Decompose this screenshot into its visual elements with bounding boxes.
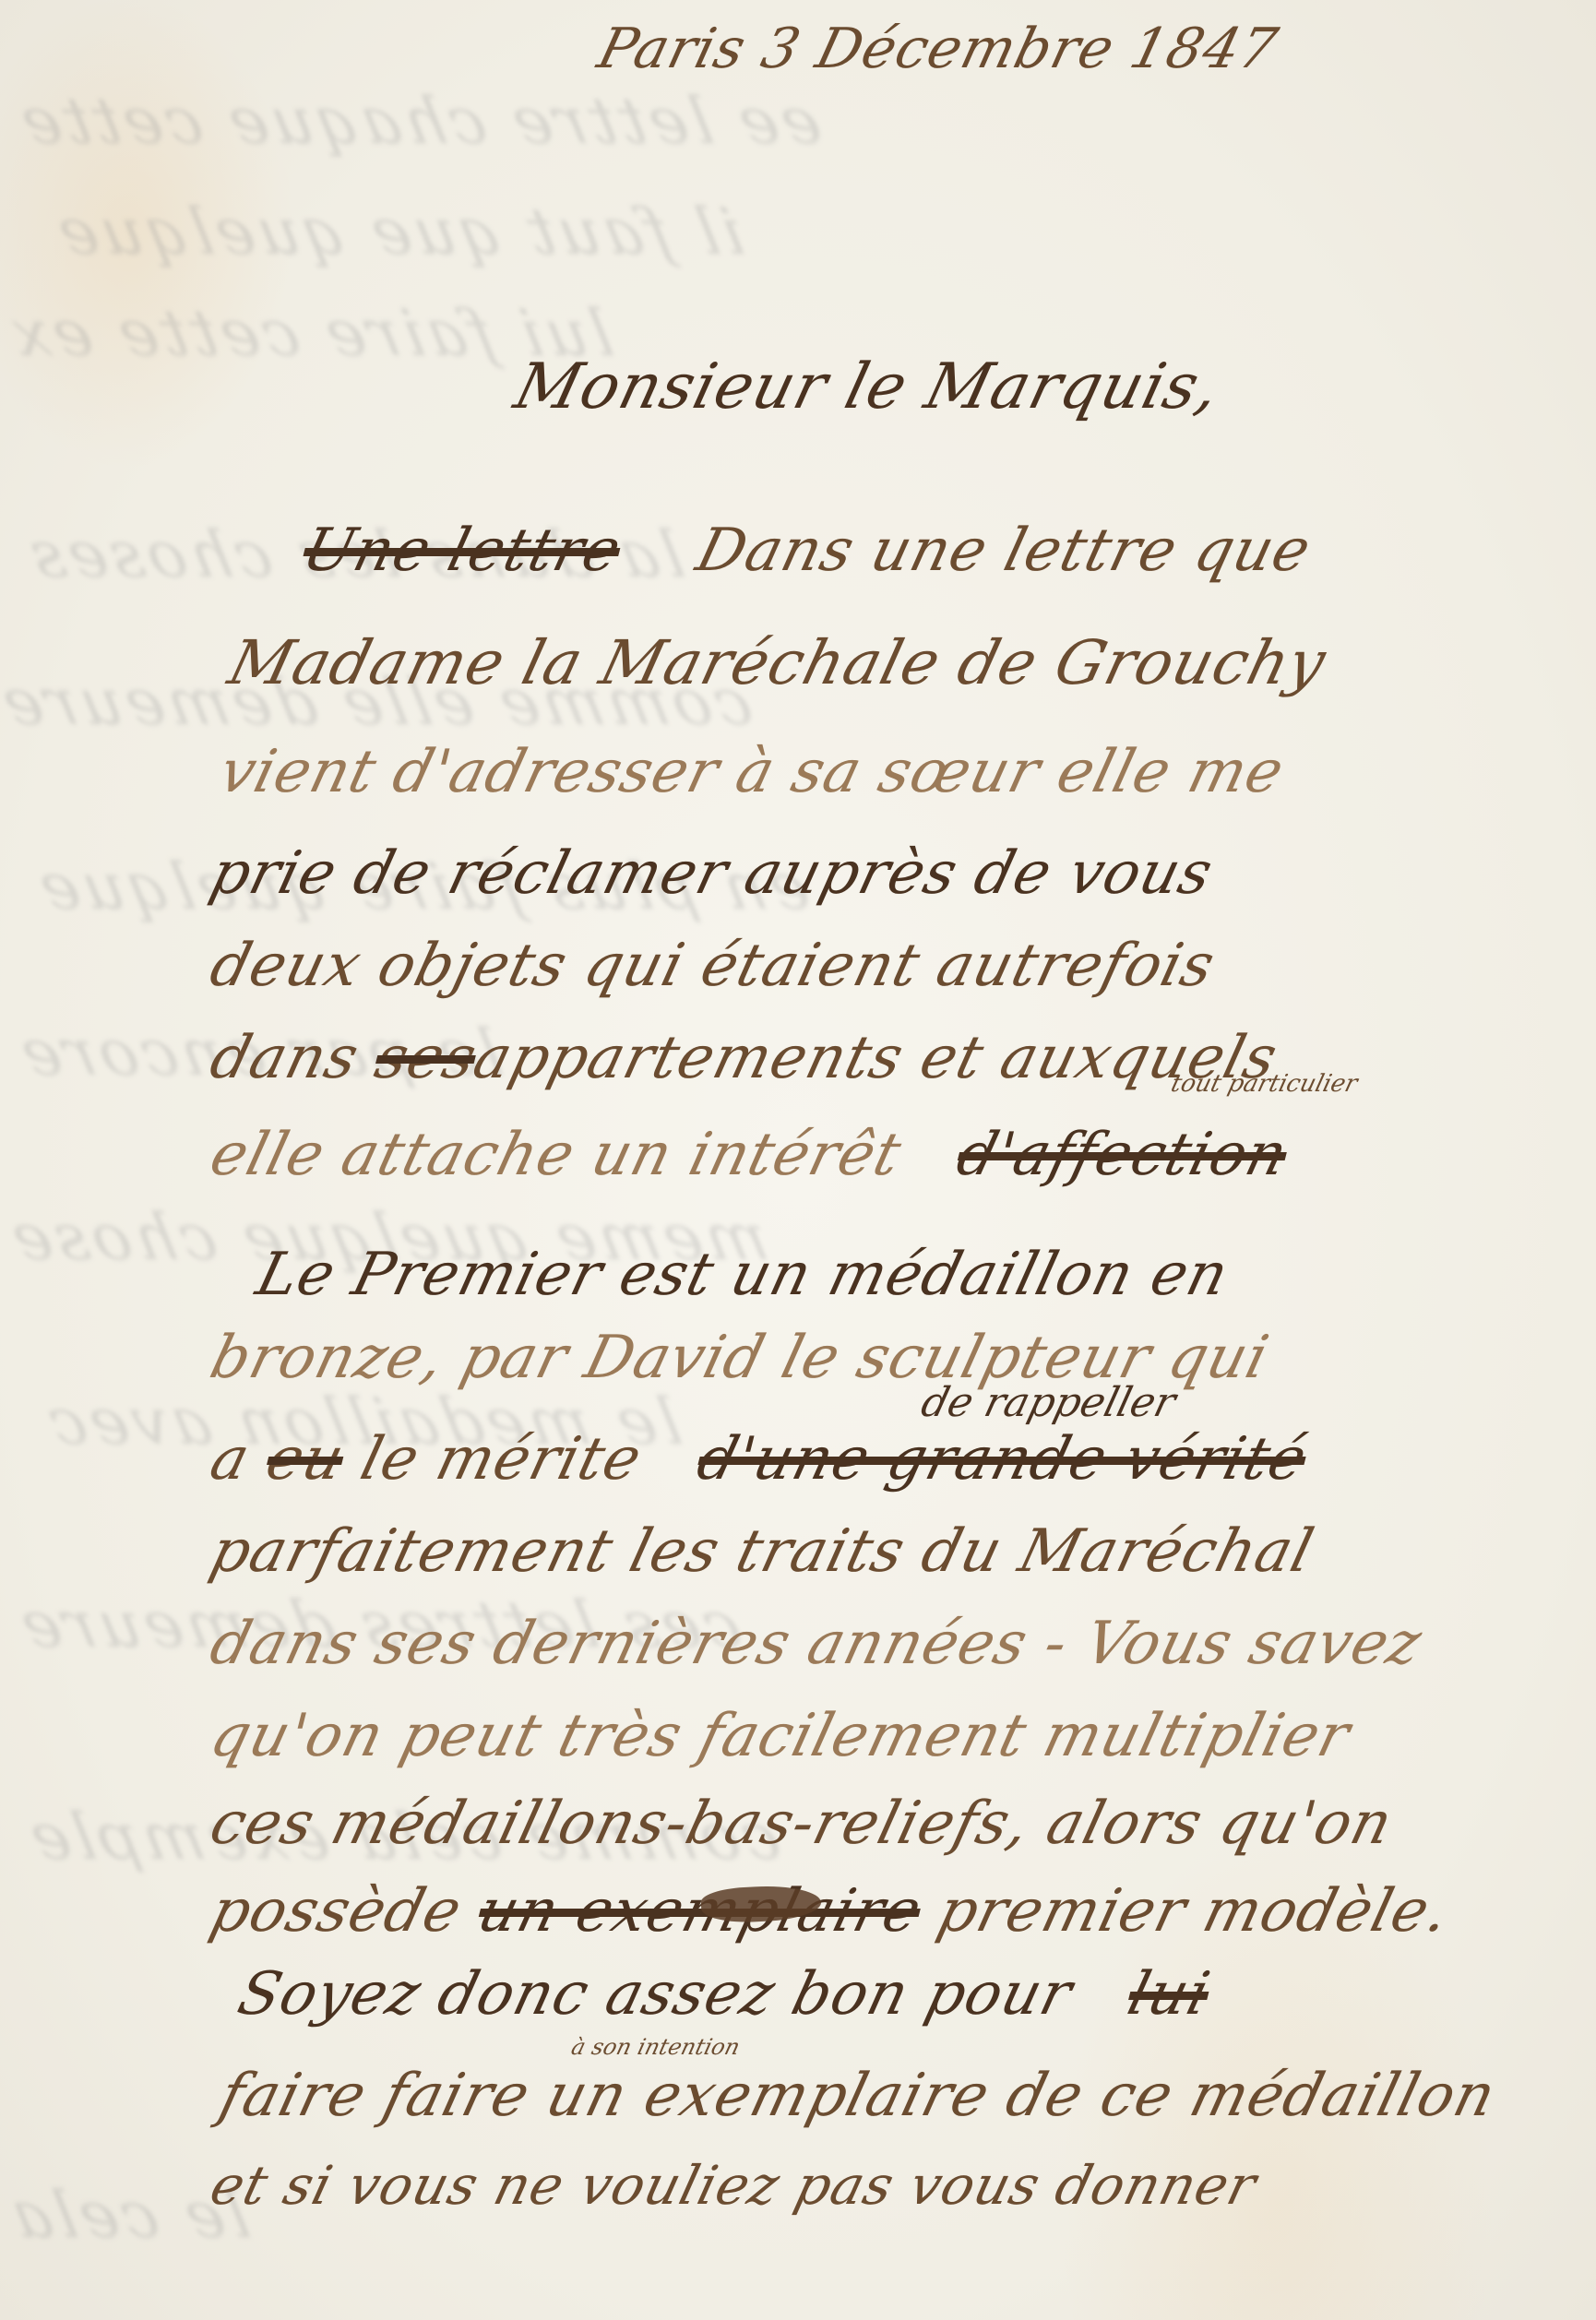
- line-text: dans: [204, 1024, 366, 1092]
- line-text: deux objets qui étaient autrefois: [204, 932, 1222, 1000]
- line-text: Le Premier est un médaillon en: [250, 1241, 1236, 1309]
- line-text: qu'on peut très facilement multiplier: [204, 1702, 1357, 1770]
- body-line-17: faire faire un exemplaire de ce médaillo…: [213, 2062, 1503, 2130]
- salutation: Monsieur le Marquis,: [507, 351, 1228, 423]
- body-line-18: et si vous ne vouliez pas vous donner: [205, 2154, 1264, 2217]
- line-text: elle attache un intérêt: [204, 1121, 909, 1189]
- line-text: prie de réclamer auprès de vous: [204, 839, 1220, 908]
- interlinear-insert: à son intention: [569, 2034, 743, 2060]
- body-line-7: elle attache un intérêt d'affection: [204, 1121, 1295, 1189]
- line-text: dans ses dernières années - Vous savez: [204, 1610, 1429, 1678]
- line-text: Dans une lettre que: [690, 517, 1318, 585]
- interlinear-insert: de rappeller: [917, 1379, 1181, 1426]
- line-text: Soyez donc assez bon pour: [232, 1960, 1079, 2029]
- line-text: appartements et auxquels: [467, 1024, 1284, 1092]
- bleed-through-text: ee lettre chaque cette: [10, 83, 828, 159]
- interlinear-insert: tout particulier: [1168, 1070, 1360, 1098]
- body-line-2: Madame la Maréchale de Grouchy: [221, 627, 1333, 698]
- body-line-1: Une lettre Dans une lettre que: [296, 517, 1318, 585]
- struck-text: Une lettre: [296, 517, 628, 585]
- body-line-6: dans sesappartements et auxquels: [204, 1024, 1284, 1092]
- salutation-text: Monsieur le Marquis,: [507, 351, 1228, 423]
- dateline: Paris 3 Décembre 1847: [591, 17, 1284, 81]
- struck-text: d'une grande vérité: [691, 1425, 1314, 1493]
- line-text: possède: [204, 1877, 469, 1945]
- body-line-5: deux objets qui étaient autrefois: [204, 932, 1222, 1000]
- body-line-16: Soyez donc assez bon pour lui: [232, 1960, 1217, 2029]
- line-text: et si vous ne vouliez pas vous donner: [205, 2154, 1264, 2217]
- struck-text: d'affection: [950, 1121, 1294, 1189]
- body-line-3: vient d'adresser à sa sœur elle me: [213, 738, 1292, 806]
- line-text: ces médaillons-bas-reliefs, alors qu'on: [204, 1790, 1399, 1858]
- body-line-4: prie de réclamer auprès de vous: [204, 839, 1220, 908]
- line-text: premier modèle.: [931, 1877, 1457, 1945]
- dateline-text: Paris 3 Décembre 1847: [591, 17, 1284, 81]
- body-line-12: dans ses dernières années - Vous savez: [204, 1610, 1429, 1678]
- body-line-10: a eu le mérite d'une grande vérité: [204, 1425, 1314, 1493]
- line-text: parfaitement les traits du Maréchal: [204, 1517, 1321, 1586]
- struck-text: ses: [368, 1024, 483, 1092]
- body-line-13: qu'on peut très facilement multiplier: [204, 1702, 1357, 1770]
- body-line-11: parfaitement les traits du Maréchal: [204, 1517, 1321, 1586]
- body-line-14: ces médaillons-bas-reliefs, alors qu'on: [204, 1790, 1399, 1858]
- body-line-8: Le Premier est un médaillon en: [250, 1241, 1236, 1309]
- line-text: Madame la Maréchale de Grouchy: [221, 627, 1333, 698]
- bleed-through-text: il faut que quelque: [47, 194, 750, 269]
- line-text: faire faire un exemplaire de ce médaillo…: [213, 2062, 1503, 2130]
- struck-text: un exemplaire: [471, 1877, 928, 1945]
- line-text: le mérite: [354, 1425, 649, 1493]
- struck-text: eu: [259, 1425, 351, 1493]
- body-line-15: possède un exemplaire premier modèle.: [204, 1877, 1457, 1945]
- line-text: vient d'adresser à sa sœur elle me: [213, 738, 1292, 806]
